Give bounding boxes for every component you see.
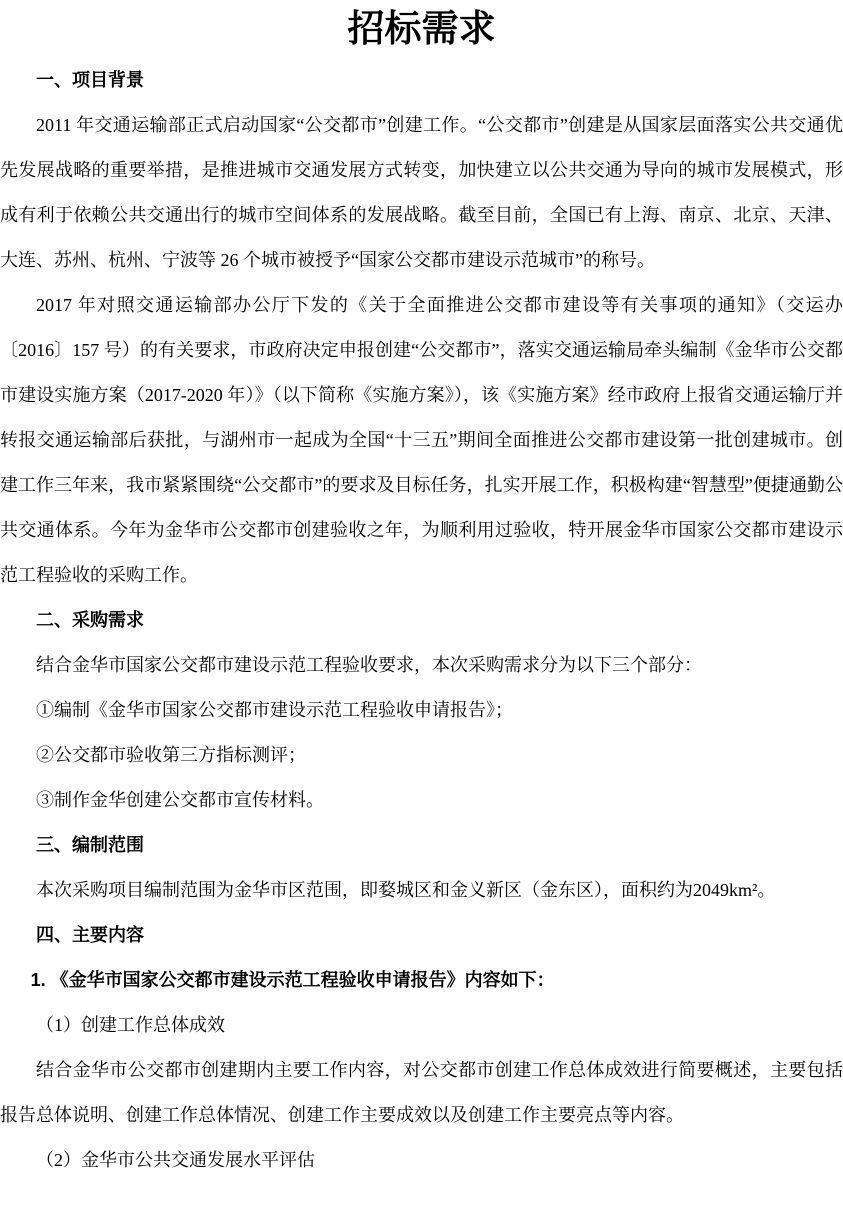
paragraph-background-2: 2017 年对照交通运输部办公厅下发的《关于全面推进公交都市建设等有关事项的通知… (0, 283, 843, 598)
section-heading-project-background: 一、项目背景 (0, 58, 843, 103)
section-heading-compilation-scope: 三、编制范围 (0, 823, 843, 868)
subsection-title-transit-development-assessment: （2）金华市公共交通发展水平评估 (0, 1138, 843, 1183)
subheading-acceptance-report-contents: 1. 《金华市国家公交都市建设示范工程验收申请报告》内容如下： (0, 958, 843, 1003)
paragraph-overall-results-body: 结合金华市公交都市创建期内主要工作内容，对公交都市创建工作总体成效进行简要概述，… (0, 1048, 843, 1138)
page-title: 招标需求 (0, 0, 843, 58)
subsection-title-overall-results: （1）创建工作总体成效 (0, 1003, 843, 1048)
section-heading-procurement-requirements: 二、采购需求 (0, 598, 843, 643)
list-item-3-promotional-materials: ③制作金华创建公交都市宣传材料。 (0, 778, 843, 823)
list-item-1-report-compilation: ①编制《金华市国家公交都市建设示范工程验收申请报告》； (0, 688, 843, 733)
list-item-2-third-party-evaluation: ②公交都市验收第三方指标测评； (0, 733, 843, 778)
document-page: 招标需求 一、项目背景 2011 年交通运输部正式启动国家“公交都市”创建工作。… (0, 0, 843, 1183)
paragraph-background-1: 2011 年交通运输部正式启动国家“公交都市”创建工作。“公交都市”创建是从国家… (0, 103, 843, 283)
paragraph-procurement-intro: 结合金华市国家公交都市建设示范工程验收要求，本次采购需求分为以下三个部分： (0, 643, 843, 688)
section-heading-main-content: 四、主要内容 (0, 913, 843, 958)
paragraph-scope-area: 本次采购项目编制范围为金华市区范围，即婺城区和金义新区（金东区），面积约为204… (0, 868, 843, 913)
